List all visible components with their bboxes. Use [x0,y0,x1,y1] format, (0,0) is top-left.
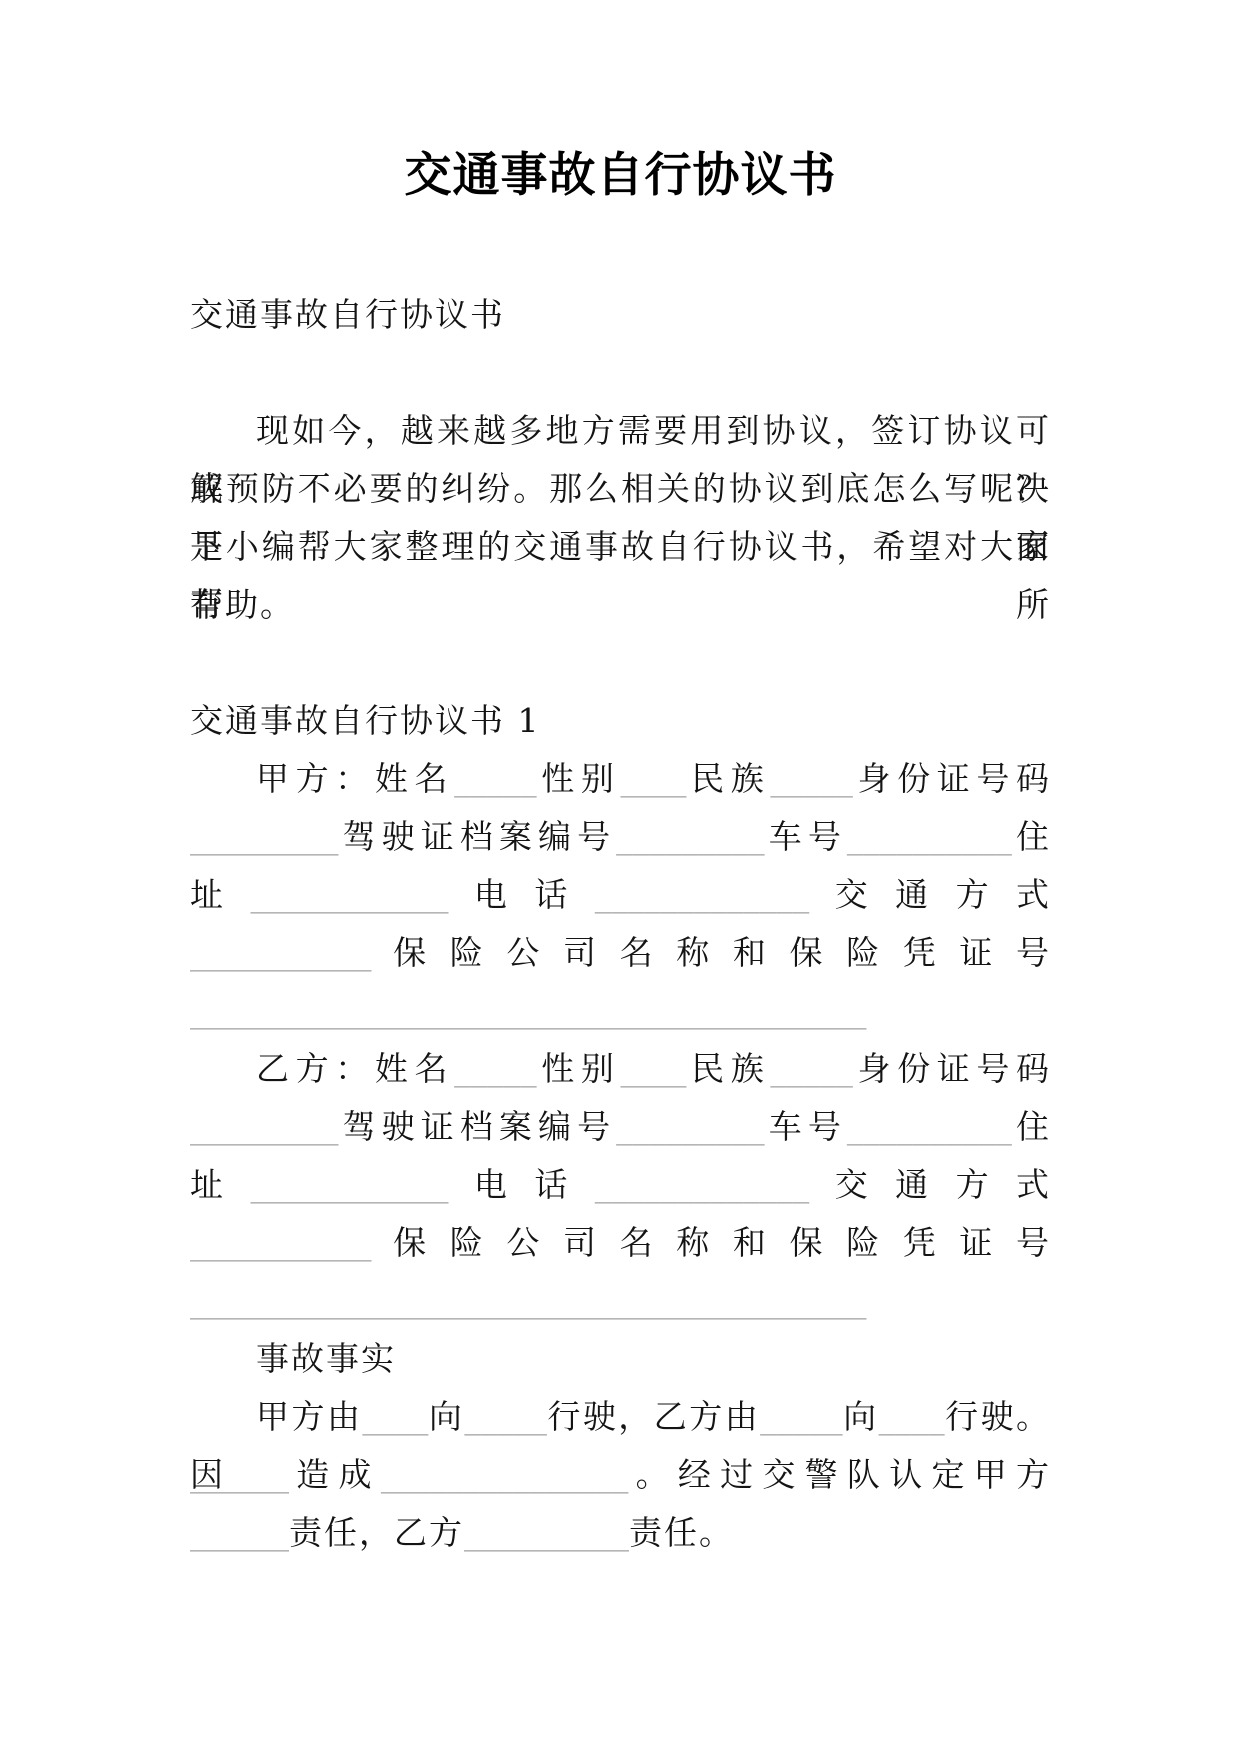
text-run: 乙方：姓名 [256,1049,454,1088]
blank-fill-field: _________ [616,1107,765,1146]
text-run: 保险公司名称和保险凭证号 [372,933,1052,972]
text-run: 行驶，乙方由 [547,1397,760,1436]
text-run: 造成 [289,1455,381,1494]
blank-fill-field: _______________ [381,1455,629,1494]
party-b-line: _________驾驶证档案编号_________车号__________住 [190,1098,1051,1156]
accident-facts-line: ______造成_______________。经过交警队认定甲方 [190,1446,1051,1504]
blank-fill-field: ____ [879,1397,945,1436]
blank-line [190,344,1051,402]
text-run: 向 [843,1397,879,1436]
blank-line [190,634,1051,692]
blank-fill-field: ___________ [190,933,372,972]
text-run: 电话 [448,875,594,914]
text-run: 是小编帮大家整理的交通事故自行协议书，希望对大家有所 [190,527,1051,624]
blank-fill-field: __________ [464,1513,629,1552]
text-run: 性别 [537,759,621,798]
blank-fill-field: ____________ [250,1165,448,1204]
text-run: 驾驶证档案编号 [339,817,617,856]
blank-fill-field: _____ [464,1397,547,1436]
blank-fill-field: __________ [847,817,1012,856]
party-b-line: 乙方：姓名_____性别____民族_____身份证号码 [190,1040,1051,1098]
blank-fill-field: _____ [770,759,853,798]
blank-fill-field: ______ [190,1455,289,1494]
blank-fill-field: ______ [190,1513,289,1552]
text-run: 住 [1012,1107,1051,1146]
blank-fill-field: _____ [454,1049,537,1088]
blank-fill-field: ____ [621,1049,687,1088]
document-page: 交通事故自行协议书 交通事故自行协议书现如今，越来越多地方需要用到协议，签订协议… [0,0,1241,1754]
text-run: 身份证号码 [853,759,1051,798]
blank-fill-field: _____ [454,759,537,798]
section-heading: 事故事实 [190,1330,1051,1388]
text-run: 车号 [765,817,847,856]
party-a-line: _________驾驶证档案编号_________车号__________住 [190,808,1051,866]
text-run: 保险公司名称和保险凭证号 [372,1223,1052,1262]
accident-facts-line: 甲方由____向_____行驶，乙方由_____向____行驶。因 [190,1388,1051,1446]
text-run: 址 [190,875,250,914]
text-run: 交通方式 [809,1165,1051,1204]
text-run: 向 [428,1397,464,1436]
document-title: 交通事故自行协议书 [190,140,1051,212]
text-run: 甲方由 [256,1397,362,1436]
blank-fill-field: ____ [362,1397,428,1436]
blank-fill-field: _____ [760,1397,843,1436]
text-run: 驾驶证档案编号 [339,1107,617,1146]
blank-fill-field: ________________________________________… [190,991,867,1030]
intro-paragraph-line: 现如今，越来越多地方需要用到协议，签订协议可解决 [190,402,1051,460]
text-run: 。经过交警队认定甲方 [628,1455,1051,1494]
blank-fill-field: _________ [190,817,339,856]
text-run: 电话 [448,1165,594,1204]
text-run: 车号 [765,1107,847,1146]
party-a-line: ________________________________________… [190,982,1051,1040]
document-subtitle: 交通事故自行协议书 [190,286,1051,344]
intro-paragraph-line: 或预防不必要的纠纷。那么相关的协议到底怎么写呢？下面 [190,460,1051,518]
blank-fill-field: ___________ [190,1223,372,1262]
party-b-line: ________________________________________… [190,1272,1051,1330]
text-run: 责任。 [629,1513,734,1552]
document-body: 交通事故自行协议书现如今，越来越多地方需要用到协议，签订协议可解决或预防不必要的… [190,286,1051,1562]
text-run: 交通事故自行协议书 1 [190,701,541,740]
party-a-line: 甲方：姓名_____性别____民族_____身份证号码 [190,750,1051,808]
text-run: 事故事实 [256,1339,396,1378]
text-run: 交通事故自行协议书 [190,295,505,334]
party-a-line: ___________保险公司名称和保险凭证号 [190,924,1051,982]
text-run: 性别 [537,1049,621,1088]
blank-fill-field: ________________________________________… [190,1281,867,1320]
text-run: 交通方式 [809,875,1051,914]
text-run: 址 [190,1165,250,1204]
blank-fill-field: _____________ [595,875,810,914]
blank-fill-field: _________ [190,1107,339,1146]
section-heading: 交通事故自行协议书 1 [190,692,1051,750]
party-b-line: 址____________电话_____________交通方式 [190,1156,1051,1214]
blank-fill-field: ____________ [250,875,448,914]
blank-fill-field: _________ [616,817,765,856]
party-b-line: ___________保险公司名称和保险凭证号 [190,1214,1051,1272]
blank-fill-field: ____ [621,759,687,798]
party-a-line: 址____________电话_____________交通方式 [190,866,1051,924]
text-run: 甲方：姓名 [256,759,454,798]
text-run: 帮助。 [190,585,295,624]
text-run: 身份证号码 [853,1049,1051,1088]
text-run: 住 [1012,817,1051,856]
text-run: 责任，乙方 [289,1513,464,1552]
blank-fill-field: __________ [847,1107,1012,1146]
blank-fill-field: _____ [770,1049,853,1088]
accident-facts-line: ______责任，乙方__________责任。 [190,1504,1051,1562]
text-run: 民族 [687,759,771,798]
text-run: 民族 [687,1049,771,1088]
intro-paragraph-line: 是小编帮大家整理的交通事故自行协议书，希望对大家有所 [190,518,1051,576]
blank-fill-field: _____________ [595,1165,810,1204]
